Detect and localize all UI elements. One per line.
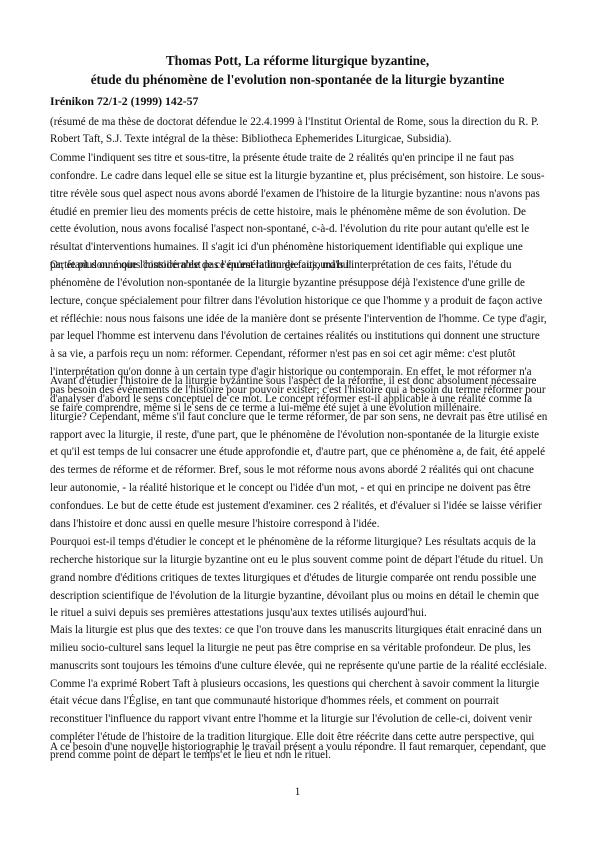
text-line: A ce besoin d'une nouvelle historiograph… [50, 739, 570, 757]
text-line: et qu'il est temps de lui consacrer une … [50, 444, 570, 462]
text-line: Avant d'étudier l'histoire de la liturgi… [50, 373, 570, 391]
text-line: des termes de réforme et de réformer. Br… [50, 462, 570, 480]
text-line: grand nombre d'éditions critiques de tex… [50, 570, 570, 588]
text-line: Or, étant donné que l'histoire n'est pas… [50, 257, 570, 275]
text-line: liturgie? Cependant, même s'il faut conc… [50, 409, 570, 427]
text-line: recherche historique sur la liturgie byz… [50, 552, 570, 570]
text-line: description scientifique de l'évolution … [50, 588, 570, 606]
body-paragraph: Pourquoi est-il temps d'étudier le conce… [50, 534, 570, 623]
text-line: était vécue dans l'Église, en tant que c… [50, 693, 570, 711]
text-line: dans l'histoire et donc aussi en quelle … [50, 516, 570, 534]
text-line: cette évolution, nous avons focalisé l'a… [50, 221, 570, 239]
text-line: Comme l'a exprimé Robert Taft à plusieur… [50, 676, 570, 694]
text-line: étudié en premier lieu des moments préci… [50, 204, 570, 222]
text-line: Mais la liturgie est plus que des textes… [50, 622, 570, 640]
text-line: reconstituer l'influence du rapport viva… [50, 711, 570, 729]
text-line: (résumé de ma thèse de doctorat défendue… [50, 114, 570, 131]
text-line: phénomène de l'évolution non-spontanée d… [50, 275, 570, 293]
text-line: milieu socio-culturel sans lequel la lit… [50, 640, 570, 658]
text-line: Robert Taft, S.J. Texte intégral de la t… [50, 131, 570, 148]
document-subtitle: étude du phénomène de l'evolution non-sp… [0, 71, 595, 88]
text-line: par lequel l'homme est intervenu dans l'… [50, 328, 570, 346]
thesis-note-paragraph: (résumé de ma thèse de doctorat défendue… [50, 114, 570, 148]
text-line: à sa vie, a parfois reçu un nom: réforme… [50, 346, 570, 364]
text-line: manuscrits sont toujours les témoins d'u… [50, 658, 570, 676]
text-line: Comme l'indiquent ses titre et sous-titr… [50, 150, 570, 168]
text-line: lecture, conçue spécialement pour filtre… [50, 293, 570, 311]
text-line: et réfléchie: nous nous faisons une idée… [50, 311, 570, 329]
text-line: confondues. Le but de cette étude est ju… [50, 498, 570, 516]
text-line: résultat d'interventions humaines. Il s'… [50, 239, 570, 257]
text-line: titre révèle sous quel aspect nous avons… [50, 186, 570, 204]
body-paragraph: Avant d'étudier l'histoire de la liturgi… [50, 373, 570, 534]
text-line: Pourquoi est-il temps d'étudier le conce… [50, 534, 570, 552]
text-line: d'analyser d'abord le sens conceptuel de… [50, 391, 570, 409]
journal-reference: Irénikon 72/1-2 (1999) 142-57 [50, 94, 198, 109]
text-line: rapport avec la liturgie, il reste, d'un… [50, 427, 570, 445]
text-line: confondre. Le cadre dans lequel elle se … [50, 168, 570, 186]
text-line: leur autonomie, - la réalité historique … [50, 480, 570, 498]
body-paragraph: A ce besoin d'une nouvelle historiograph… [50, 739, 570, 757]
document-title: Thomas Pott, La réforme liturgique byzan… [0, 52, 595, 69]
page-number: 1 [0, 786, 595, 798]
document-page: Thomas Pott, La réforme liturgique byzan… [0, 0, 595, 841]
text-line: le rituel a suivi depuis ses premières a… [50, 605, 570, 623]
